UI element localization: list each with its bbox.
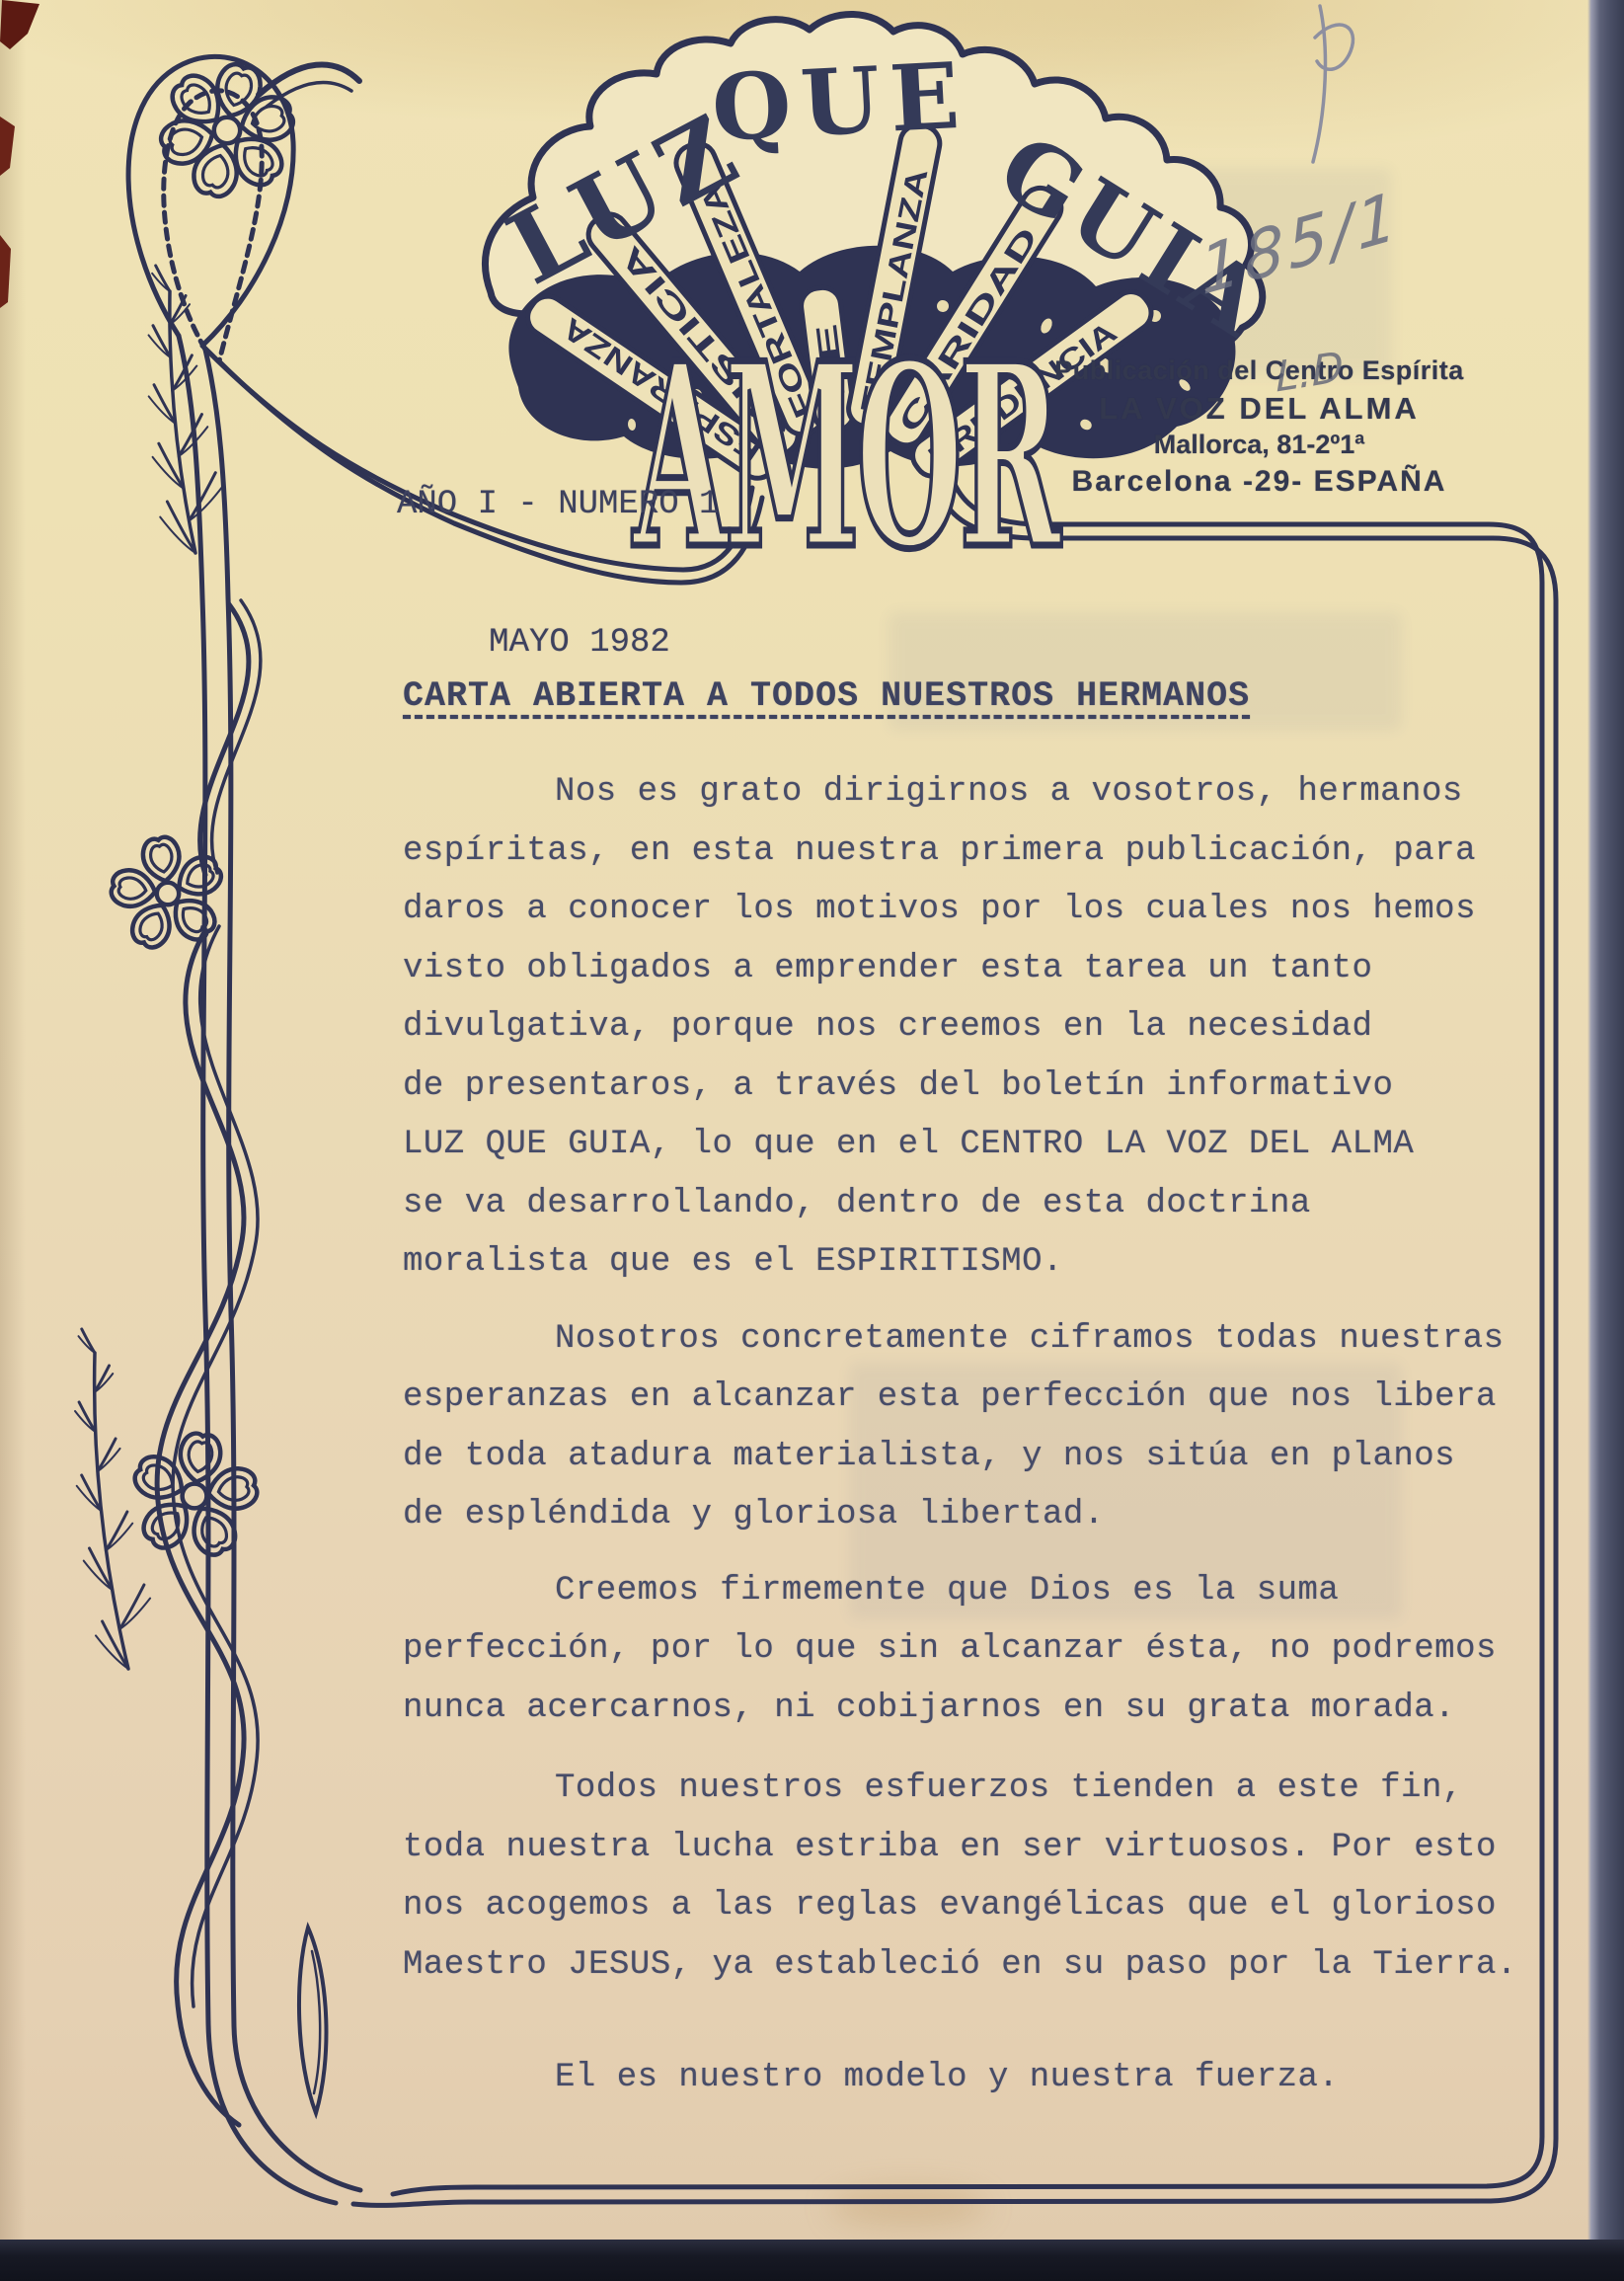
leaf-ornament [299, 1927, 327, 2113]
article-line: divulgativa, porque nos creemos en la ne… [403, 998, 1563, 1058]
article-line: Nosotros concretamente ciframos todas nu… [403, 1310, 1563, 1370]
scan-edge-bottom [0, 2240, 1624, 2281]
article-line: Maestro JESUS, ya estableció en su paso … [403, 1936, 1563, 1996]
flower-ornament-middle [110, 835, 226, 953]
article-line: espíritas, en esta nuestra primera publi… [403, 823, 1563, 882]
article-line: Todos nuestros esfuerzos tienden a este … [403, 1760, 1563, 1819]
scanned-newsletter-page: ESPERANZA JUSTICIA FORTALEZA FE TEMPLANZ… [0, 0, 1624, 2281]
issue-year-number: AÑO I - NUMERO 1 [397, 482, 762, 527]
article-line: LUZ QUE GUIA, lo que en el CENTRO LA VOZ… [403, 1116, 1563, 1175]
article-line: moralista que es el ESPIRITISMO. [403, 1233, 1563, 1293]
wheat-ornament-middle [75, 1329, 150, 1669]
pencil-mark [1313, 6, 1353, 162]
publisher-city: Barcelona -29- ESPAÑA [1025, 465, 1494, 499]
scan-edge-right [1587, 0, 1624, 2281]
vine-border [75, 56, 360, 2203]
article-line: de toda atadura materialista, y nos sitú… [403, 1428, 1563, 1487]
wheat-ornament-top [149, 266, 222, 553]
publisher-name: LA VOZ DEL ALMA [1025, 391, 1494, 427]
red-corner-marks [0, 0, 39, 308]
article-line: nunca acercarnos, ni cobijarnos en su gr… [403, 1680, 1563, 1739]
publisher-info: Publicación del Centro Espírita LA VOZ D… [1025, 355, 1494, 499]
article-line: Creemos firmemente que Dios es la suma [403, 1562, 1563, 1621]
article-line: toda nuestra lucha estriba en ser virtuo… [403, 1819, 1563, 1878]
article-line: de presentaros, a través del boletín inf… [403, 1058, 1563, 1117]
article-line: se va desarrollando, dentro de esta doct… [403, 1175, 1563, 1234]
flower-ornament-bottom [129, 1432, 259, 1561]
article-line: daros a conocer los motivos por los cual… [403, 881, 1563, 940]
masthead-word-que: QUE [709, 41, 971, 161]
article-closing-line: El es nuestro modelo y nuestra fuerza. [403, 2049, 1563, 2108]
article-line: de espléndida y gloriosa libertad. [403, 1486, 1563, 1545]
article-line: esperanzas en alcanzar esta perfección q… [403, 1369, 1563, 1428]
article-title: CARTA ABIERTA A TODOS NUESTROS HERMANOS [403, 668, 1563, 725]
issue-date: MAYO 1982 [397, 620, 762, 666]
article-line: visto obligados a emprender esta tarea u… [403, 940, 1563, 999]
article-line: nos acogemos a las reglas evangélicas qu… [403, 1877, 1563, 1936]
article: CARTA ABIERTA A TODOS NUESTROS HERMANOS … [403, 668, 1563, 2108]
article-line: Nos es grato dirigirnos a vosotros, herm… [403, 763, 1563, 823]
publisher-address: Mallorca, 81-2º1ª [1025, 430, 1494, 460]
publisher-line: Publicación del Centro Espírita [1025, 355, 1494, 386]
article-line: perfección, por lo que sin alcanzar ésta… [403, 1620, 1563, 1680]
